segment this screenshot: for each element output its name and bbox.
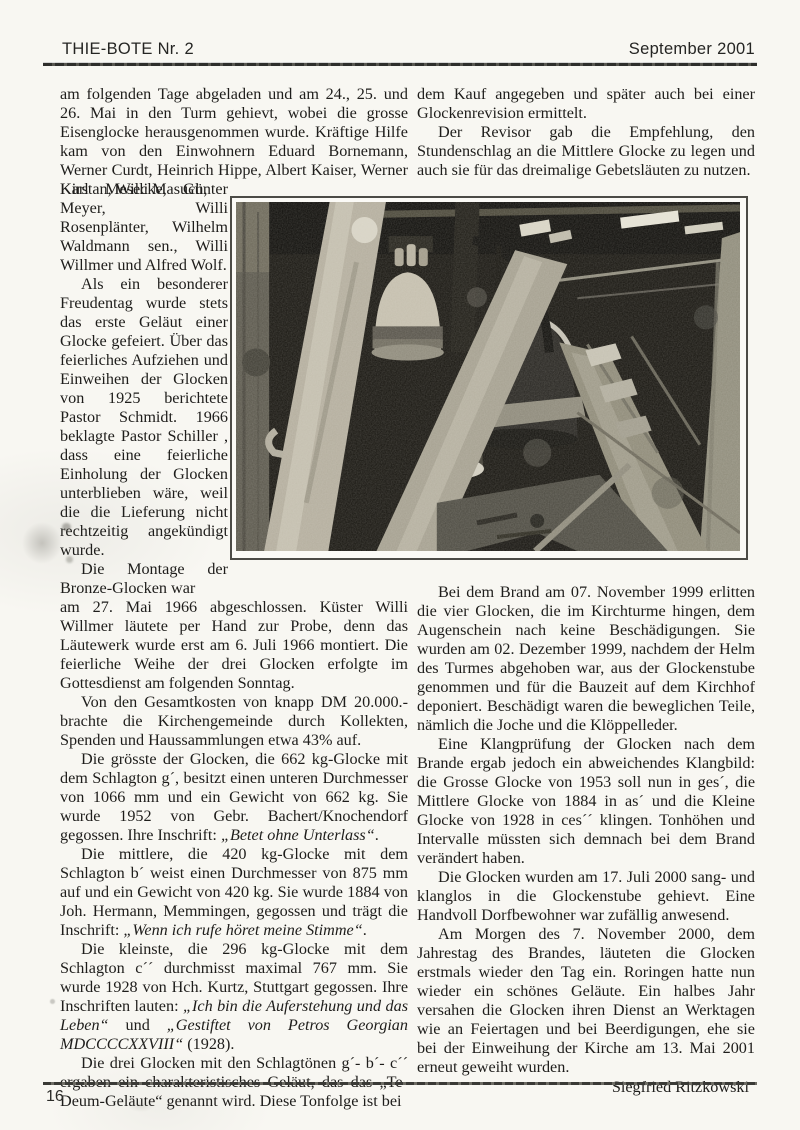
page-number: 16: [46, 1088, 64, 1106]
paragraph: Am Morgen des 7. November 2000, dem Jahr…: [417, 925, 755, 1077]
paragraph: Die Glocken wurden am 17. Juli 2000 sang…: [417, 868, 755, 925]
paragraph: Die grösste der Glocken, die 662 kg-Gloc…: [60, 750, 408, 845]
article-right-column-bottom: Bei dem Brand am 07. November 1999 erlit…: [417, 583, 755, 1097]
paragraph: Von den Gesamtkosten von knapp DM 20.000…: [60, 693, 408, 750]
scan-smudge: [22, 522, 62, 564]
article-right-column-top: dem Kauf angegeben und später auch bei e…: [417, 85, 755, 180]
issue-date: September 2001: [629, 40, 755, 59]
paragraph: Der Revisor gab die Empfehlung, den Stun…: [417, 123, 755, 180]
article-right-column-paragraphs: Bei dem Brand am 07. November 1999 erlit…: [417, 583, 755, 1077]
header-rule: [43, 62, 757, 66]
scan-smudge: [50, 999, 55, 1004]
paragraph: Eine Klangprüfung der Glocken nach dem B…: [417, 735, 755, 868]
newsletter-title: THIE-BOTE Nr. 2: [62, 40, 194, 59]
author-byline: Siegfried Ritzkowski: [417, 1078, 755, 1097]
paragraph: Bei dem Brand am 07. November 1999 erlit…: [417, 583, 755, 735]
page-header: THIE-BOTE Nr. 2 September 2001: [43, 40, 757, 59]
belfry-bells-photo: [230, 196, 748, 560]
paragraph: Karl Mesecke, Günter Meyer, Willi Rosenp…: [60, 180, 228, 275]
article-left-column-bottom: am 27. Mai 1966 abgeschlossen. Küster Wi…: [60, 598, 408, 1111]
paragraph: am 27. Mai 1966 abgeschlossen. Küster Wi…: [60, 598, 408, 693]
paragraph: dem Kauf angegeben und später auch bei e…: [417, 85, 755, 123]
belfry-photo-illustration: [236, 202, 740, 551]
paragraph: Die Montage der Bronze-Glocken war: [60, 560, 228, 598]
paragraph: Die mittlere, die 420 kg-Glocke mit dem …: [60, 845, 408, 940]
footer-rule: [43, 1082, 757, 1085]
article-left-column-narrow: Karl Mesecke, Günter Meyer, Willi Rosenp…: [60, 180, 228, 598]
paragraph: Als ein besonderer Freudentag wurde stet…: [60, 275, 228, 560]
paragraph: Die kleinste, die 296 kg-Glocke mit dem …: [60, 940, 408, 1054]
scanned-newsletter-page: THIE-BOTE Nr. 2 September 2001 am folgen…: [0, 0, 800, 1130]
